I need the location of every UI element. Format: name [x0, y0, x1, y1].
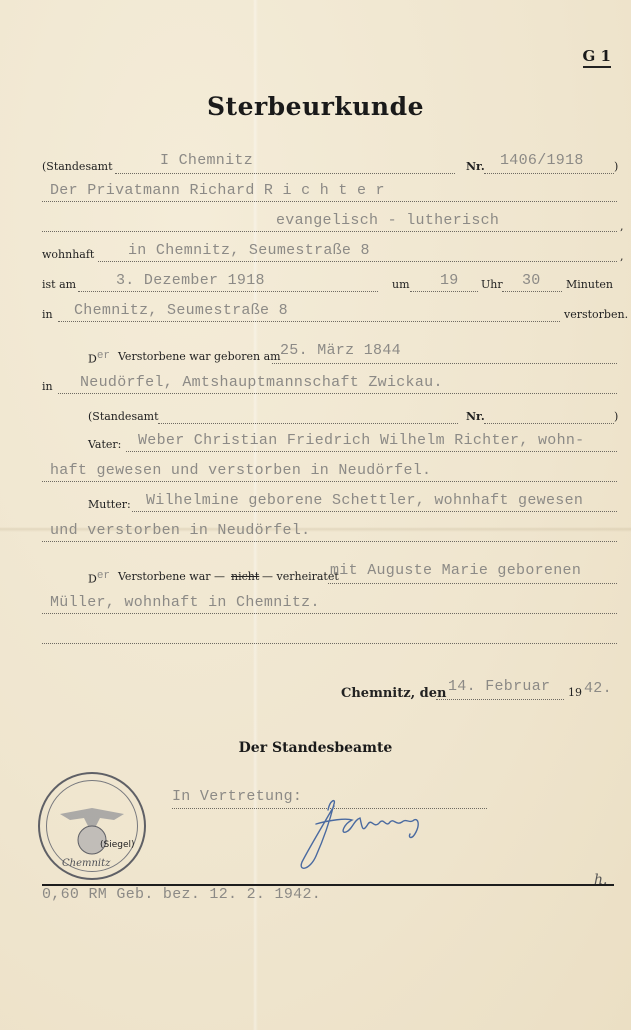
nr-value: 1406/1918 [500, 152, 584, 169]
birth-date-row: Der Verstorbene war geboren am 25. März … [0, 342, 631, 368]
father-row: Vater: Weber Christian Friedrich Wilhelm… [0, 430, 631, 456]
mother-label: Mutter: [88, 498, 131, 511]
der-prefix: Der [88, 350, 110, 366]
marriage-row-2: Müller, wohnhaft in Chemnitz. [0, 592, 631, 618]
born-value: 25. März 1844 [280, 342, 401, 359]
dotted-line [115, 173, 455, 174]
dotted-line [42, 613, 617, 614]
died-on-label: ist am [42, 278, 76, 291]
birth-close-paren: ) [614, 410, 618, 423]
name-row: Der Privatmann Richard R i c h t e r [0, 180, 631, 206]
seal-label: (Siegel) [100, 840, 135, 850]
spouse-line-1: mit Auguste Marie geborenen [330, 562, 581, 579]
birth-standesamt-label: (Standesamt [88, 410, 159, 423]
died-on-value: 3. Dezember 1918 [116, 272, 265, 289]
issue-year-prefix: 19 [568, 686, 582, 699]
issue-year-suffix: 42. [584, 680, 612, 697]
religion-row: evangelisch - lutherisch , [0, 210, 631, 236]
der-suffix-typed: er [97, 350, 110, 362]
residence-value: in Chemnitz, Seumestraße 8 [128, 242, 370, 259]
deceased-name: Der Privatmann Richard R i c h t e r [50, 182, 385, 199]
minuten-label: Minuten [566, 278, 613, 291]
initials: h. [594, 872, 607, 888]
hour-value: 19 [440, 272, 459, 289]
handwritten-signature [290, 790, 490, 880]
mother-row-2: und verstorben in Neudörfel. [0, 520, 631, 546]
birth-registry-row: (Standesamt Nr. ) [0, 402, 631, 428]
dotted-line [410, 291, 478, 292]
birth-place-row: in Neudörfel, Amtshauptmannschaft Zwicka… [0, 372, 631, 398]
dotted-line [126, 451, 617, 452]
marriage-row: Der Verstorbene war — nicht — verheirate… [0, 562, 631, 588]
nr-label: Nr. [466, 160, 485, 173]
deputy-label: In Vertretung: [172, 788, 302, 805]
dotted-line [58, 321, 560, 322]
stamp-city: Chemnitz [62, 858, 110, 869]
der-letter: D [88, 353, 97, 366]
birth-place-label: in [42, 380, 53, 393]
death-place-value: Chemnitz, Seumestraße 8 [74, 302, 288, 319]
dotted-line [272, 363, 617, 364]
um-label: um [392, 278, 410, 291]
dotted-line [58, 393, 617, 394]
dotted-line [98, 261, 617, 262]
marriage-row-3 [0, 622, 631, 648]
birth-place-value: Neudörfel, Amtshauptmannschaft Zwickau. [80, 374, 443, 391]
spouse-line-2: Müller, wohnhaft in Chemnitz. [50, 594, 320, 611]
born-label: Verstorbene war geboren am [118, 350, 281, 363]
registry-row: (Standesamt I Chemnitz Nr. 1406/1918 ) [0, 152, 631, 178]
document-title: Sterbeurkunde [0, 92, 631, 121]
death-date-row: ist am 3. Dezember 1918 um 19 Uhr 30 Min… [0, 270, 631, 296]
issue-date-row: Chemnitz, den 14. Februar 19 42. [0, 678, 631, 704]
dotted-line [42, 231, 617, 232]
mother-line-1: Wilhelmine geborene Schettler, wohnhaft … [146, 492, 583, 509]
dotted-line [502, 291, 562, 292]
issue-city-label: Chemnitz, den [341, 686, 446, 701]
residence-label: wohnhaft [42, 248, 94, 261]
close-paren: ) [614, 160, 618, 173]
comma: , [620, 220, 624, 233]
der-letter: D [88, 573, 97, 586]
dotted-line [484, 173, 614, 174]
dotted-line [484, 423, 614, 424]
dotted-line [42, 541, 617, 542]
birth-nr-label: Nr. [466, 410, 485, 423]
office-title: Der Standesbeamte [0, 740, 631, 756]
marriage-text-after: — verheiratet [262, 570, 339, 583]
place-label: in [42, 308, 53, 321]
fee-note: 0,60 RM Geb. bez. 12. 2. 1942. [42, 886, 321, 903]
dotted-line [436, 699, 564, 700]
dotted-line [42, 643, 617, 644]
der-suffix-typed: er [97, 570, 110, 582]
marriage-text-before: Verstorbene war — [118, 570, 225, 583]
death-place-row: in Chemnitz, Seumestraße 8 verstorben. [0, 300, 631, 326]
verstorben-label: verstorben. [564, 308, 628, 321]
dotted-line [42, 201, 617, 202]
religion-value: evangelisch - lutherisch [276, 212, 499, 229]
marriage-der-prefix: Der [88, 570, 110, 586]
uhr-label: Uhr [481, 278, 503, 291]
issue-day-month: 14. Februar [448, 678, 550, 695]
mother-row: Mutter: Wilhelmine geborene Schettler, w… [0, 490, 631, 516]
father-row-2: haft gewesen und verstorben in Neudörfel… [0, 460, 631, 486]
standesamt-label: (Standesamt [42, 160, 113, 173]
mother-line-2: und verstorben in Neudörfel. [50, 522, 310, 539]
father-line-1: Weber Christian Friedrich Wilhelm Richte… [138, 432, 584, 449]
dotted-line [42, 481, 617, 482]
comma: , [620, 250, 624, 263]
marriage-struck-word: nicht [231, 570, 259, 583]
dotted-line [328, 583, 617, 584]
dotted-line [78, 291, 378, 292]
standesamt-value: I Chemnitz [160, 152, 253, 169]
father-label: Vater: [88, 438, 121, 451]
form-number: G 1 [583, 48, 611, 68]
minute-value: 30 [522, 272, 541, 289]
residence-row: wohnhaft in Chemnitz, Seumestraße 8 , [0, 240, 631, 266]
dotted-line [132, 511, 617, 512]
father-line-2: haft gewesen und verstorben in Neudörfel… [50, 462, 431, 479]
dotted-line [158, 423, 458, 424]
